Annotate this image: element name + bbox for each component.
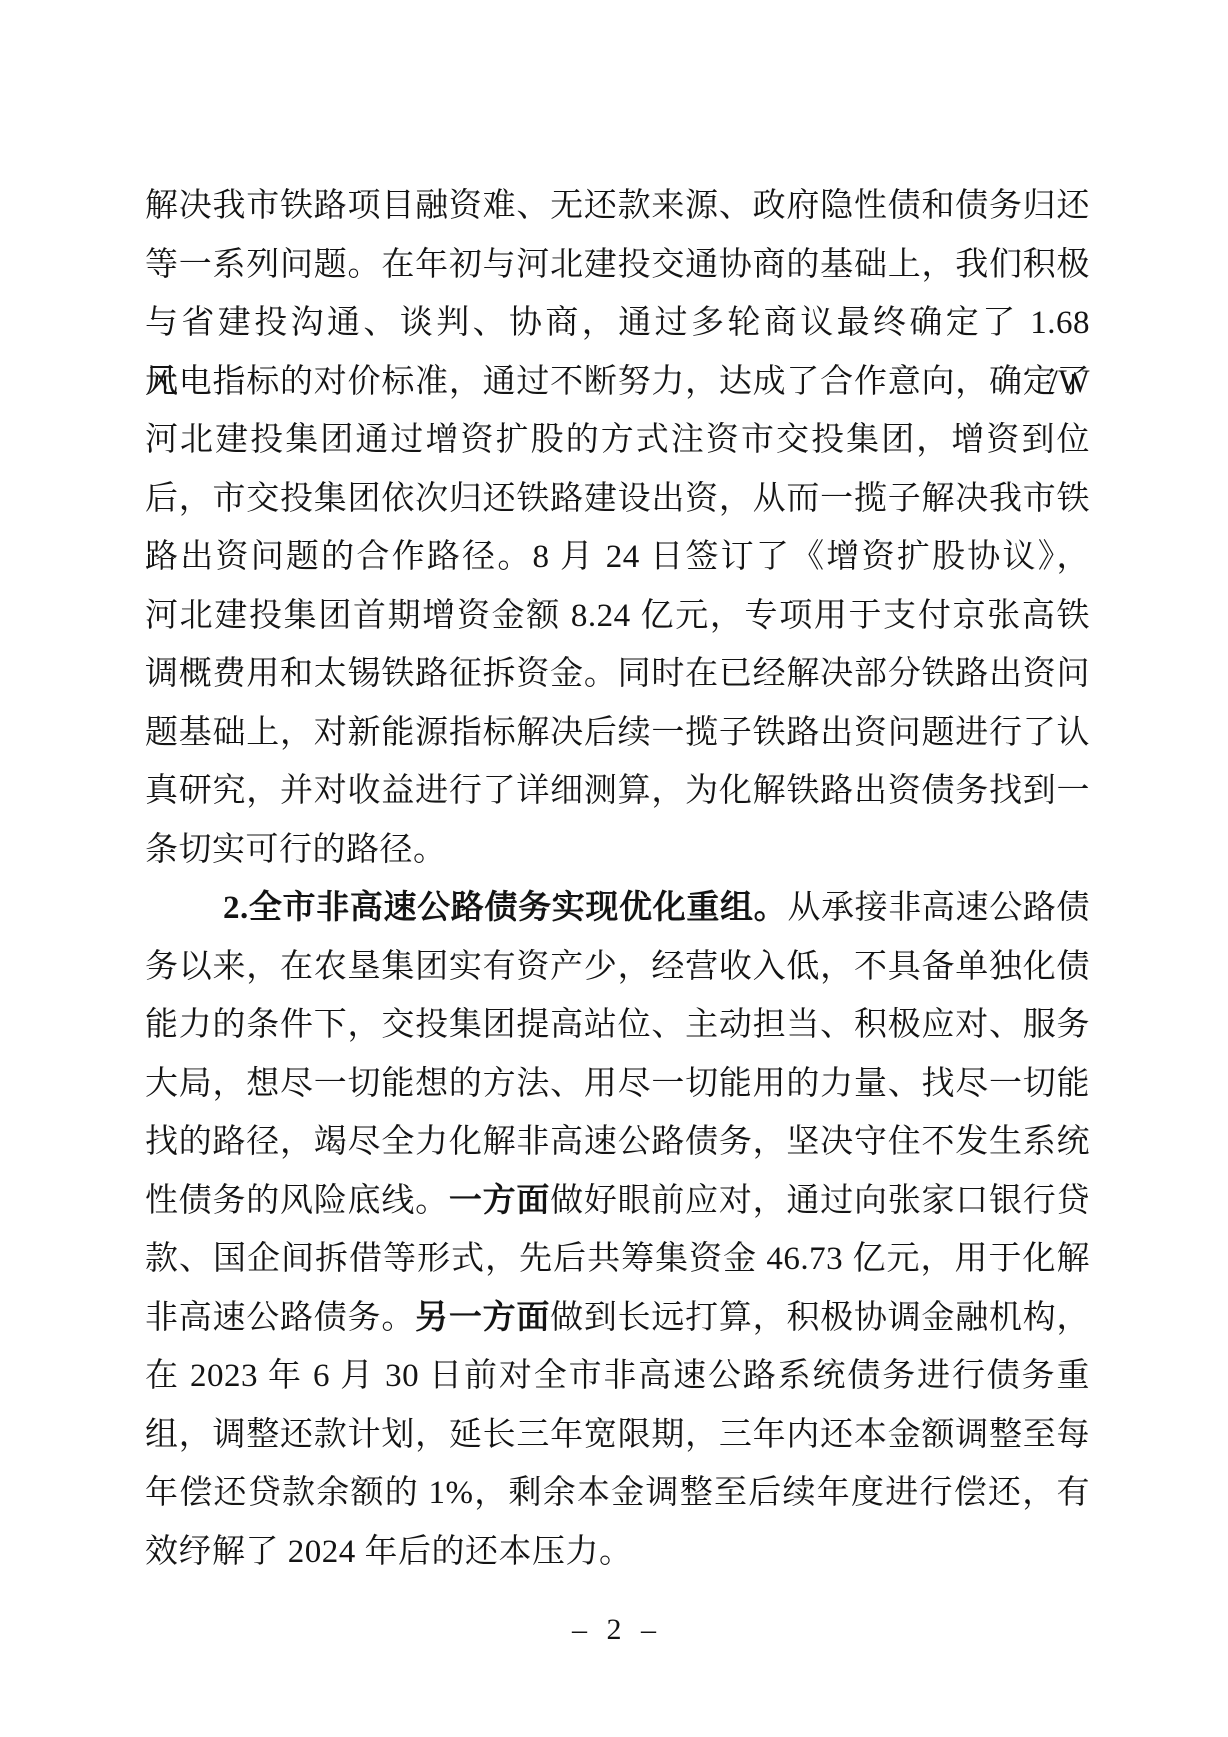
text-line: 效纾解了 2024 年后的还本压力。: [145, 1523, 1090, 1582]
text-line: 河北建投集团首期增资金额 8.24 亿元，专项用于支付京张高铁: [145, 587, 1090, 646]
text-segment: 条切实可行的路径。: [145, 832, 447, 868]
text-line: 非高速公路债务。另一方面做到长远打算，积极协调金融机构，: [145, 1289, 1090, 1348]
text-segment: 题基础上，对新能源指标解决后续一揽子铁路出资问题进行了认: [145, 715, 1090, 751]
text-segment: 真研究，并对收益进行了详细测算，为化解铁路出资债务找到一: [145, 773, 1090, 809]
para-railway-funding: 解决我市铁路项目融资难、无还款来源、政府隐性债和债务归还等一系列问题。在年初与河…: [145, 177, 1090, 879]
text-segment: 非高速公路债务。: [145, 1300, 415, 1336]
document-body: 解决我市铁路项目融资难、无还款来源、政府隐性债和债务归还等一系列问题。在年初与河…: [145, 177, 1090, 1581]
text-line: 真研究，并对收益进行了详细测算，为化解铁路出资债务找到一: [145, 762, 1090, 821]
text-segment: 大局，想尽一切能想的方法、用尽一切能用的力量、找尽一切能: [145, 1066, 1090, 1102]
text-line: 后，市交投集团依次归还铁路建设出资，从而一揽子解决我市铁: [145, 470, 1090, 529]
text-line: 与省建投沟通、谈判、协商，通过多轮商议最终确定了 1.68 元/W: [145, 294, 1090, 353]
text-segment: 在 2023 年 6 月 30 日前对全市非高速公路系统债务进行债务重: [145, 1358, 1090, 1394]
text-line: 在 2023 年 6 月 30 日前对全市非高速公路系统债务进行债务重: [145, 1347, 1090, 1406]
text-line: 2.全市非高速公路债务实现优化重组。从承接非高速公路债: [145, 879, 1090, 938]
text-line: 能力的条件下，交投集团提高站位、主动担当、积极应对、服务: [145, 996, 1090, 1055]
text-segment: 找的路径，竭尽全力化解非高速公路债务，坚决守住不发生系统: [145, 1124, 1090, 1160]
text-segment: 河北建投集团首期增资金额 8.24 亿元，专项用于支付京张高铁: [145, 598, 1090, 634]
text-segment: 务以来，在农垦集团实有资产少，经营收入低，不具备单独化债: [145, 949, 1090, 985]
text-line: 解决我市铁路项目融资难、无还款来源、政府隐性债和债务归还: [145, 177, 1090, 236]
text-segment: 解决我市铁路项目融资难、无还款来源、政府隐性债和债务归还: [145, 188, 1090, 224]
text-segment: 做到长远打算，积极协调金融机构，: [550, 1300, 1090, 1336]
document-page: 解决我市铁路项目融资难、无还款来源、政府隐性债和债务归还等一系列问题。在年初与河…: [0, 0, 1228, 1737]
text-line: 条切实可行的路径。: [145, 821, 1090, 880]
text-line: 款、国企间拆借等形式，先后共筹集资金 46.73 亿元，用于化解: [145, 1230, 1090, 1289]
text-segment: 组，调整还款计划，延长三年宽限期，三年内还本金额调整至每: [145, 1417, 1090, 1453]
text-segment: 款、国企间拆借等形式，先后共筹集资金 46.73 亿元，用于化解: [145, 1241, 1090, 1277]
bold-text-segment: 2.全市非高速公路债务实现优化重组。: [223, 890, 787, 926]
text-segment: 效纾解了 2024 年后的还本压力。: [145, 1534, 633, 1570]
text-segment: 路出资问题的合作路径。8 月 24 日签订了《增资扩股协议》，: [145, 539, 1090, 575]
text-line: 风电指标的对价标准，通过不断努力，达成了合作意向，确定了: [145, 353, 1090, 412]
page-footer: – 2 –: [0, 1608, 1228, 1652]
text-line: 调概费用和太锡铁路征拆资金。同时在已经解决部分铁路出资问: [145, 645, 1090, 704]
text-line: 大局，想尽一切能想的方法、用尽一切能用的力量、找尽一切能: [145, 1055, 1090, 1114]
bold-text-segment: 另一方面: [415, 1300, 550, 1336]
text-segment: 性债务的风险底线。: [145, 1183, 449, 1219]
text-line: 年偿还贷款余额的 1%，剩余本金调整至后续年度进行偿还，有: [145, 1464, 1090, 1523]
text-segment: 从承接非高速公路债: [787, 890, 1090, 926]
page-number: – 2 –: [572, 1613, 656, 1646]
text-segment: 做好眼前应对，通过向张家口银行贷: [550, 1183, 1090, 1219]
text-segment: 风电指标的对价标准，通过不断努力，达成了合作意向，确定了: [145, 364, 1090, 400]
text-line: 务以来，在农垦集团实有资产少，经营收入低，不具备单独化债: [145, 938, 1090, 997]
text-segment: 能力的条件下，交投集团提高站位、主动担当、积极应对、服务: [145, 1007, 1090, 1043]
para-non-highway-debt: 2.全市非高速公路债务实现优化重组。从承接非高速公路债务以来，在农垦集团实有资产…: [145, 879, 1090, 1581]
text-segment: 后，市交投集团依次归还铁路建设出资，从而一揽子解决我市铁: [145, 481, 1090, 517]
text-line: 河北建投集团通过增资扩股的方式注资市交投集团，增资到位: [145, 411, 1090, 470]
text-segment: 等一系列问题。在年初与河北建投交通协商的基础上，我们积极: [145, 247, 1090, 283]
text-segment: 河北建投集团通过增资扩股的方式注资市交投集团，增资到位: [145, 422, 1090, 458]
text-segment: 年偿还贷款余额的 1%，剩余本金调整至后续年度进行偿还，有: [145, 1475, 1090, 1511]
bold-text-segment: 一方面: [449, 1183, 550, 1219]
text-line: 路出资问题的合作路径。8 月 24 日签订了《增资扩股协议》，: [145, 528, 1090, 587]
text-line: 等一系列问题。在年初与河北建投交通协商的基础上，我们积极: [145, 236, 1090, 295]
text-line: 题基础上，对新能源指标解决后续一揽子铁路出资问题进行了认: [145, 704, 1090, 763]
text-line: 找的路径，竭尽全力化解非高速公路债务，坚决守住不发生系统: [145, 1113, 1090, 1172]
text-segment: 调概费用和太锡铁路征拆资金。同时在已经解决部分铁路出资问: [145, 656, 1090, 692]
text-line: 组，调整还款计划，延长三年宽限期，三年内还本金额调整至每: [145, 1406, 1090, 1465]
text-line: 性债务的风险底线。一方面做好眼前应对，通过向张家口银行贷: [145, 1172, 1090, 1231]
